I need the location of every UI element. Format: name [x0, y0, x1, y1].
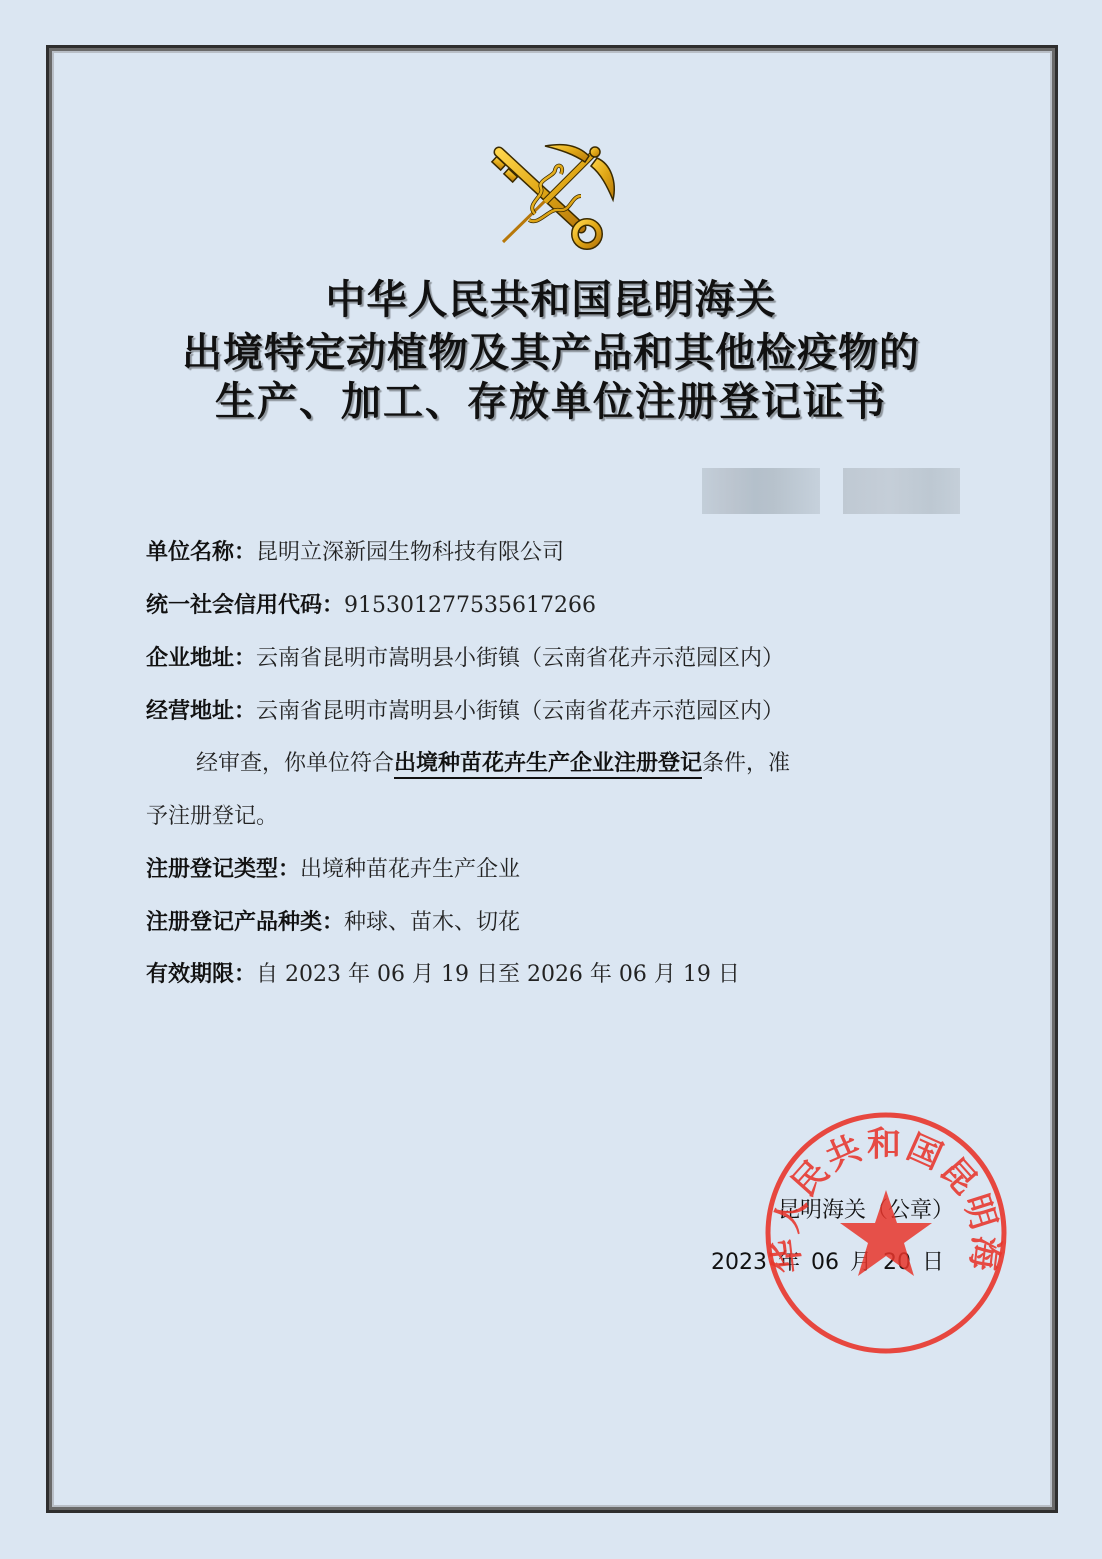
field-unit-name: 单位名称：昆明立深新园生物科技有限公司 [146, 535, 564, 566]
certificate-number-redacted-part-1 [702, 468, 820, 514]
company-address-label: 企业地址： [146, 646, 256, 671]
field-company-address: 企业地址：云南省昆明市嵩明县小街镇（云南省花卉示范园区内） [146, 641, 784, 672]
approval-suffix: 条件，准 [702, 751, 790, 776]
unit-name-value: 昆明立深新园生物科技有限公司 [256, 540, 564, 565]
product-types-label: 注册登记产品种类： [146, 910, 344, 935]
business-address-value: 云南省昆明市嵩明县小街镇（云南省花卉示范园区内） [256, 699, 784, 724]
official-seal-icon: 中华人民共和国昆明海关 [763, 1110, 1009, 1356]
validity-value: 自 2023 年 06 月 19 日至 2026 年 06 月 19 日 [256, 962, 740, 987]
field-validity: 有效期限：自 2023 年 06 月 19 日至 2026 年 06 月 19 … [146, 957, 740, 988]
validity-label: 有效期限： [146, 962, 256, 987]
certificate-title-line-1: 中华人民共和国昆明海关 [0, 268, 1102, 325]
credit-code-value: 915301277535617266 [344, 593, 596, 618]
approval-highlight: 出境种苗花卉生产企业注册登记 [394, 751, 702, 779]
certificate-number-redacted-part-2 [843, 468, 960, 514]
approval-paragraph-continuation: 予注册登记。 [146, 799, 278, 830]
business-address-label: 经营地址： [146, 699, 256, 724]
approval-prefix: 经审查，你单位符合 [196, 751, 394, 776]
product-types-value: 种球、苗木、切花 [344, 910, 520, 935]
approval-paragraph: 经审查，你单位符合出境种苗花卉生产企业注册登记条件，准 [196, 746, 790, 777]
field-credit-code: 统一社会信用代码：915301277535617266 [146, 588, 596, 619]
company-address-value: 云南省昆明市嵩明县小街镇（云南省花卉示范园区内） [256, 646, 784, 671]
registration-type-value: 出境种苗花卉生产企业 [300, 857, 520, 882]
unit-name-label: 单位名称： [146, 540, 256, 565]
certificate-title-line-3: 生产、加工、存放单位注册登记证书 [0, 370, 1102, 427]
field-registration-type: 注册登记类型：出境种苗花卉生产企业 [146, 852, 520, 883]
field-business-address: 经营地址：云南省昆明市嵩明县小街镇（云南省花卉示范园区内） [146, 694, 784, 725]
registration-type-label: 注册登记类型： [146, 857, 300, 882]
field-product-types: 注册登记产品种类：种球、苗木、切花 [146, 905, 520, 936]
approval-continuation: 予注册登记。 [146, 804, 278, 829]
credit-code-label: 统一社会信用代码： [146, 593, 344, 618]
customs-emblem-icon [485, 130, 620, 250]
